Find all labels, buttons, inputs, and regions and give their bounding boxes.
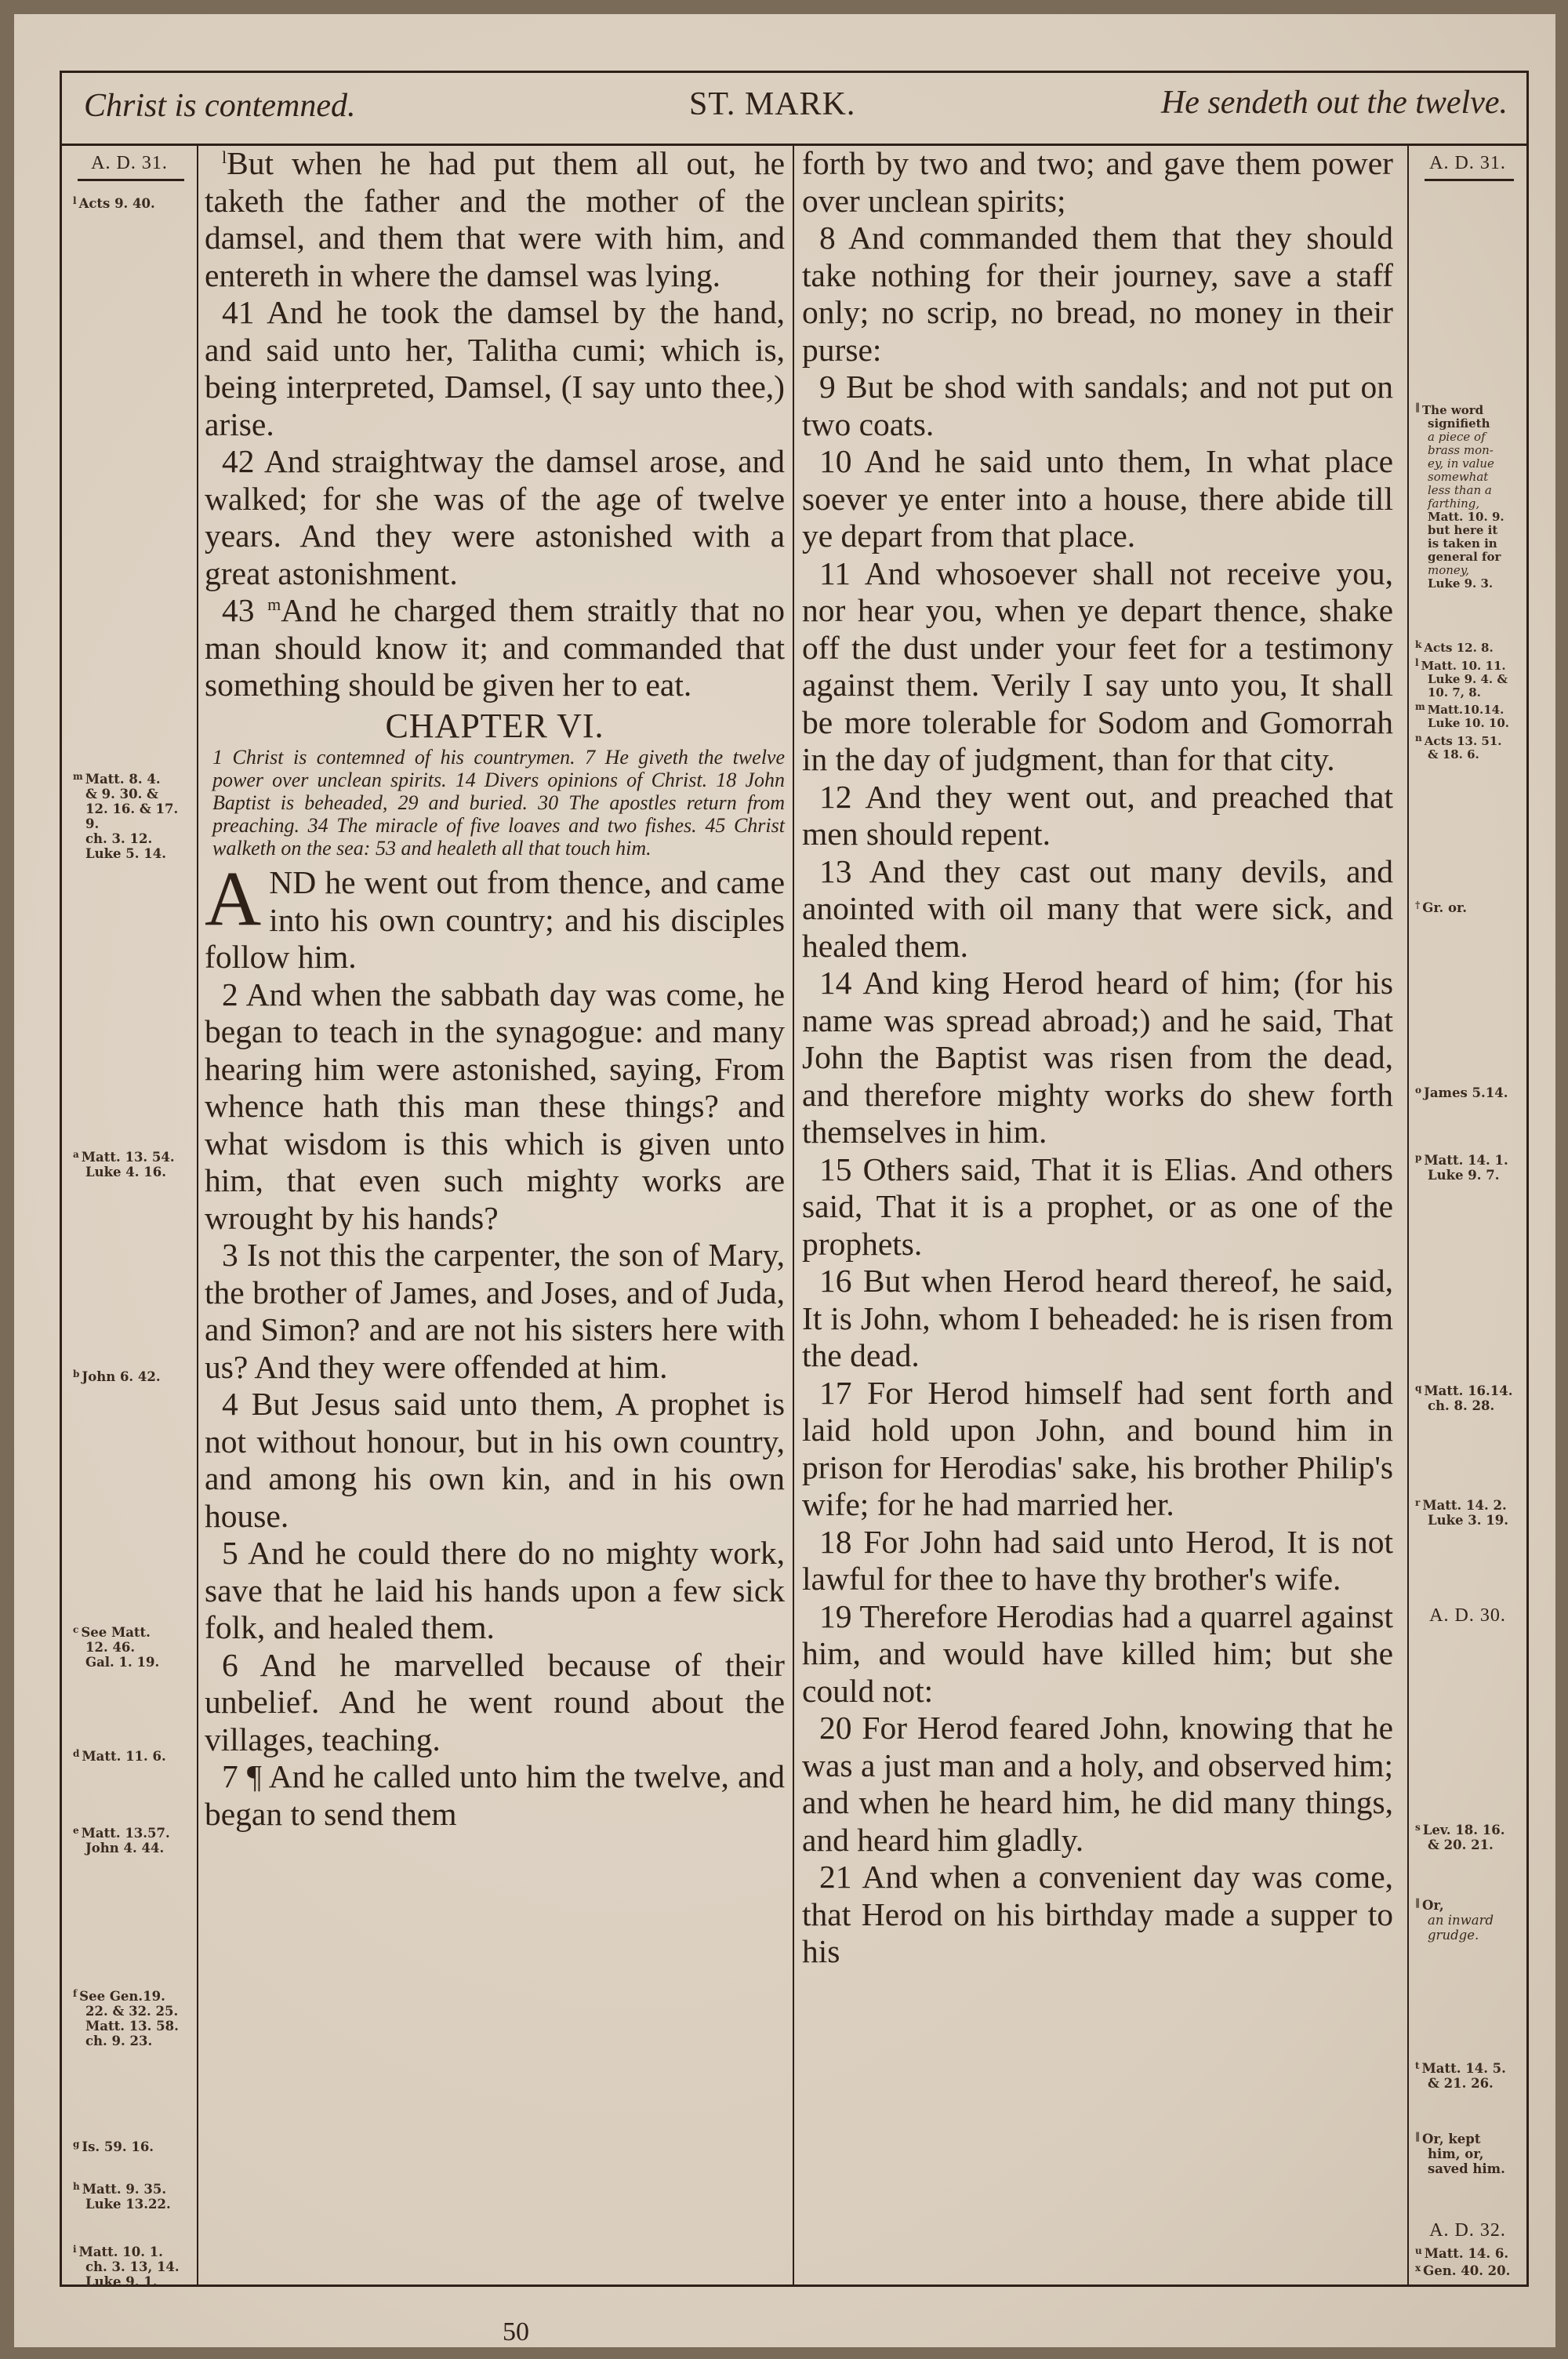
- page-frame: Christ is contemned. ST. MARK. He sendet…: [60, 71, 1529, 2287]
- verse-21: 21 And when a convenient day was come, t…: [802, 1859, 1393, 1971]
- verse-41: 41 And he took the damsel by the hand, a…: [205, 294, 785, 443]
- book-title: ST. MARK.: [689, 85, 855, 123]
- verse-8: 8 And commanded them that they should ta…: [802, 220, 1393, 369]
- text-column-2: forth by two and two; and gave them powe…: [802, 145, 1393, 2284]
- verse-16: 16 But when Herod heard thereof, he said…: [802, 1263, 1393, 1375]
- margin-note: eMatt. 13.57.John 4. 44.: [73, 1823, 170, 1856]
- page-number: 50: [503, 2317, 529, 2347]
- margin-note: oJames 5.14.: [1415, 1083, 1508, 1100]
- right-margin-notes: A. D. 31. ‖The word signifieth a piece o…: [1407, 145, 1526, 2284]
- margin-note: dMatt. 11. 6.: [73, 1747, 166, 1764]
- margin-note: gIs. 59. 16.: [73, 2137, 154, 2154]
- margin-note: pMatt. 14. 1.Luke 9. 7.: [1415, 1150, 1508, 1183]
- running-head-left: Christ is contemned.: [84, 87, 355, 125]
- margin-note: sLev. 18. 16.& 20. 21.: [1415, 1820, 1504, 1852]
- margin-note: lActs 9. 40.: [73, 194, 155, 211]
- verse-9: 9 But be shod with sandals; and not put …: [802, 369, 1393, 443]
- verse-10: 10 And he said unto them, In what place …: [802, 443, 1393, 555]
- verse-42: 42 And straightway the damsel arose, and…: [205, 443, 785, 592]
- margin-note: †Gr. or.: [1415, 898, 1467, 915]
- verse-7-cont: forth by two and two; and gave them powe…: [802, 145, 1393, 220]
- verse-7: 7 ¶ And he called unto him the twelve, a…: [205, 1758, 785, 1833]
- divider: [78, 179, 184, 181]
- margin-note: ‖Or,an inwardgrudge.: [1415, 1896, 1494, 1943]
- verse-6: 6 And he marvelled because of their unbe…: [205, 1647, 785, 1759]
- margin-note: aMatt. 13. 54.Luke 4. 16.: [73, 1147, 175, 1179]
- verse-2: 2 And when the sabbath day was come, he …: [205, 976, 785, 1238]
- margin-note: mMatt. 8. 4.& 9. 30. &12. 16. & 17.9.ch.…: [73, 769, 178, 861]
- verse-13: 13 And they cast out many devils, and an…: [802, 853, 1393, 965]
- verse-5: 5 And he could there do no mighty work, …: [205, 1535, 785, 1647]
- margin-note: ‖Or, kepthim, or,saved him.: [1415, 2129, 1505, 2176]
- margin-note: cSee Matt.12. 46.Gal. 1. 19.: [73, 1623, 159, 1670]
- verse-15: 15 Others said, That it is Elias. And ot…: [802, 1151, 1393, 1263]
- verse-17: 17 For Herod himself had sent forth and …: [802, 1375, 1393, 1524]
- running-head: Christ is contemned. ST. MARK. He sendet…: [62, 73, 1526, 146]
- margin-note: iMatt. 10. 1.ch. 3. 13, 14.Luke 9. 1.: [73, 2242, 180, 2289]
- margin-note: lMatt. 10. 11.Luke 9. 4. &10. 7, 8.: [1415, 656, 1508, 700]
- margin-note: qMatt. 16.14.ch. 8. 28.: [1415, 1381, 1513, 1413]
- verse-4: 4 But Jesus said unto them, A prophet is…: [205, 1386, 785, 1535]
- text-column-1: lBut when he had put them all out, he ta…: [205, 145, 794, 2284]
- margin-note: xGen. 40. 20.: [1415, 2261, 1510, 2278]
- verse-20: 20 For Herod feared John, knowing that h…: [802, 1710, 1393, 1859]
- margin-note: tMatt. 14. 5.& 21. 26.: [1415, 2059, 1506, 2091]
- margin-note: kActs 12. 8.: [1415, 638, 1494, 656]
- era-label: A. D. 31.: [1409, 145, 1526, 181]
- chapter-summary: 1 Christ is contemned of his countrymen.…: [205, 746, 785, 860]
- chapter-heading: CHAPTER VI.: [205, 707, 785, 745]
- drop-cap: A: [205, 866, 261, 932]
- margin-note: rMatt. 14. 2.Luke 3. 19.: [1415, 1496, 1508, 1528]
- verse-14: 14 And king Herod heard of him; (for his…: [802, 965, 1393, 1151]
- margin-note: nActs 13. 51.& 18. 6.: [1415, 732, 1502, 761]
- era-label-ad32: A. D. 32.: [1409, 2220, 1526, 2241]
- verse-1: AND he went out from thence, and came in…: [205, 864, 785, 976]
- margin-note: mMatt.10.14.Luke 10. 10.: [1415, 700, 1509, 730]
- verse-43: 43 mAnd he charged them straitly that no…: [205, 592, 785, 704]
- margin-note: fSee Gen.19.22. & 32. 25.Matt. 13. 58.ch…: [73, 1986, 179, 2048]
- left-margin-notes: A. D. 31. lActs 9. 40. mMatt. 8. 4.& 9. …: [62, 145, 198, 2284]
- era-label-ad30: A. D. 30.: [1409, 1605, 1526, 1627]
- verse-12: 12 And they went out, and preached that …: [802, 779, 1393, 853]
- margin-note: ‖The word signifieth a piece of brass mo…: [1415, 401, 1504, 591]
- margin-note: bJohn 6. 42.: [73, 1367, 161, 1384]
- margin-note: hMatt. 9. 35.Luke 13.22.: [73, 2179, 171, 2212]
- verse-40: lBut when he had put them all out, he ta…: [205, 145, 785, 294]
- divider: [1425, 179, 1514, 181]
- verse-19: 19 Therefore Herodias had a quarrel agai…: [802, 1598, 1393, 1710]
- margin-note: uMatt. 14. 6.: [1415, 2244, 1508, 2261]
- verse-3: 3 Is not this the carpenter, the son of …: [205, 1237, 785, 1386]
- verse-11: 11 And whosoever shall not receive you, …: [802, 555, 1393, 779]
- running-head-right: He sendeth out the twelve.: [1161, 84, 1508, 122]
- era-label: A. D. 31.: [62, 145, 197, 181]
- verse-18: 18 For John had said unto Herod, It is n…: [802, 1524, 1393, 1598]
- book-page: Christ is contemned. ST. MARK. He sendet…: [14, 14, 1555, 2347]
